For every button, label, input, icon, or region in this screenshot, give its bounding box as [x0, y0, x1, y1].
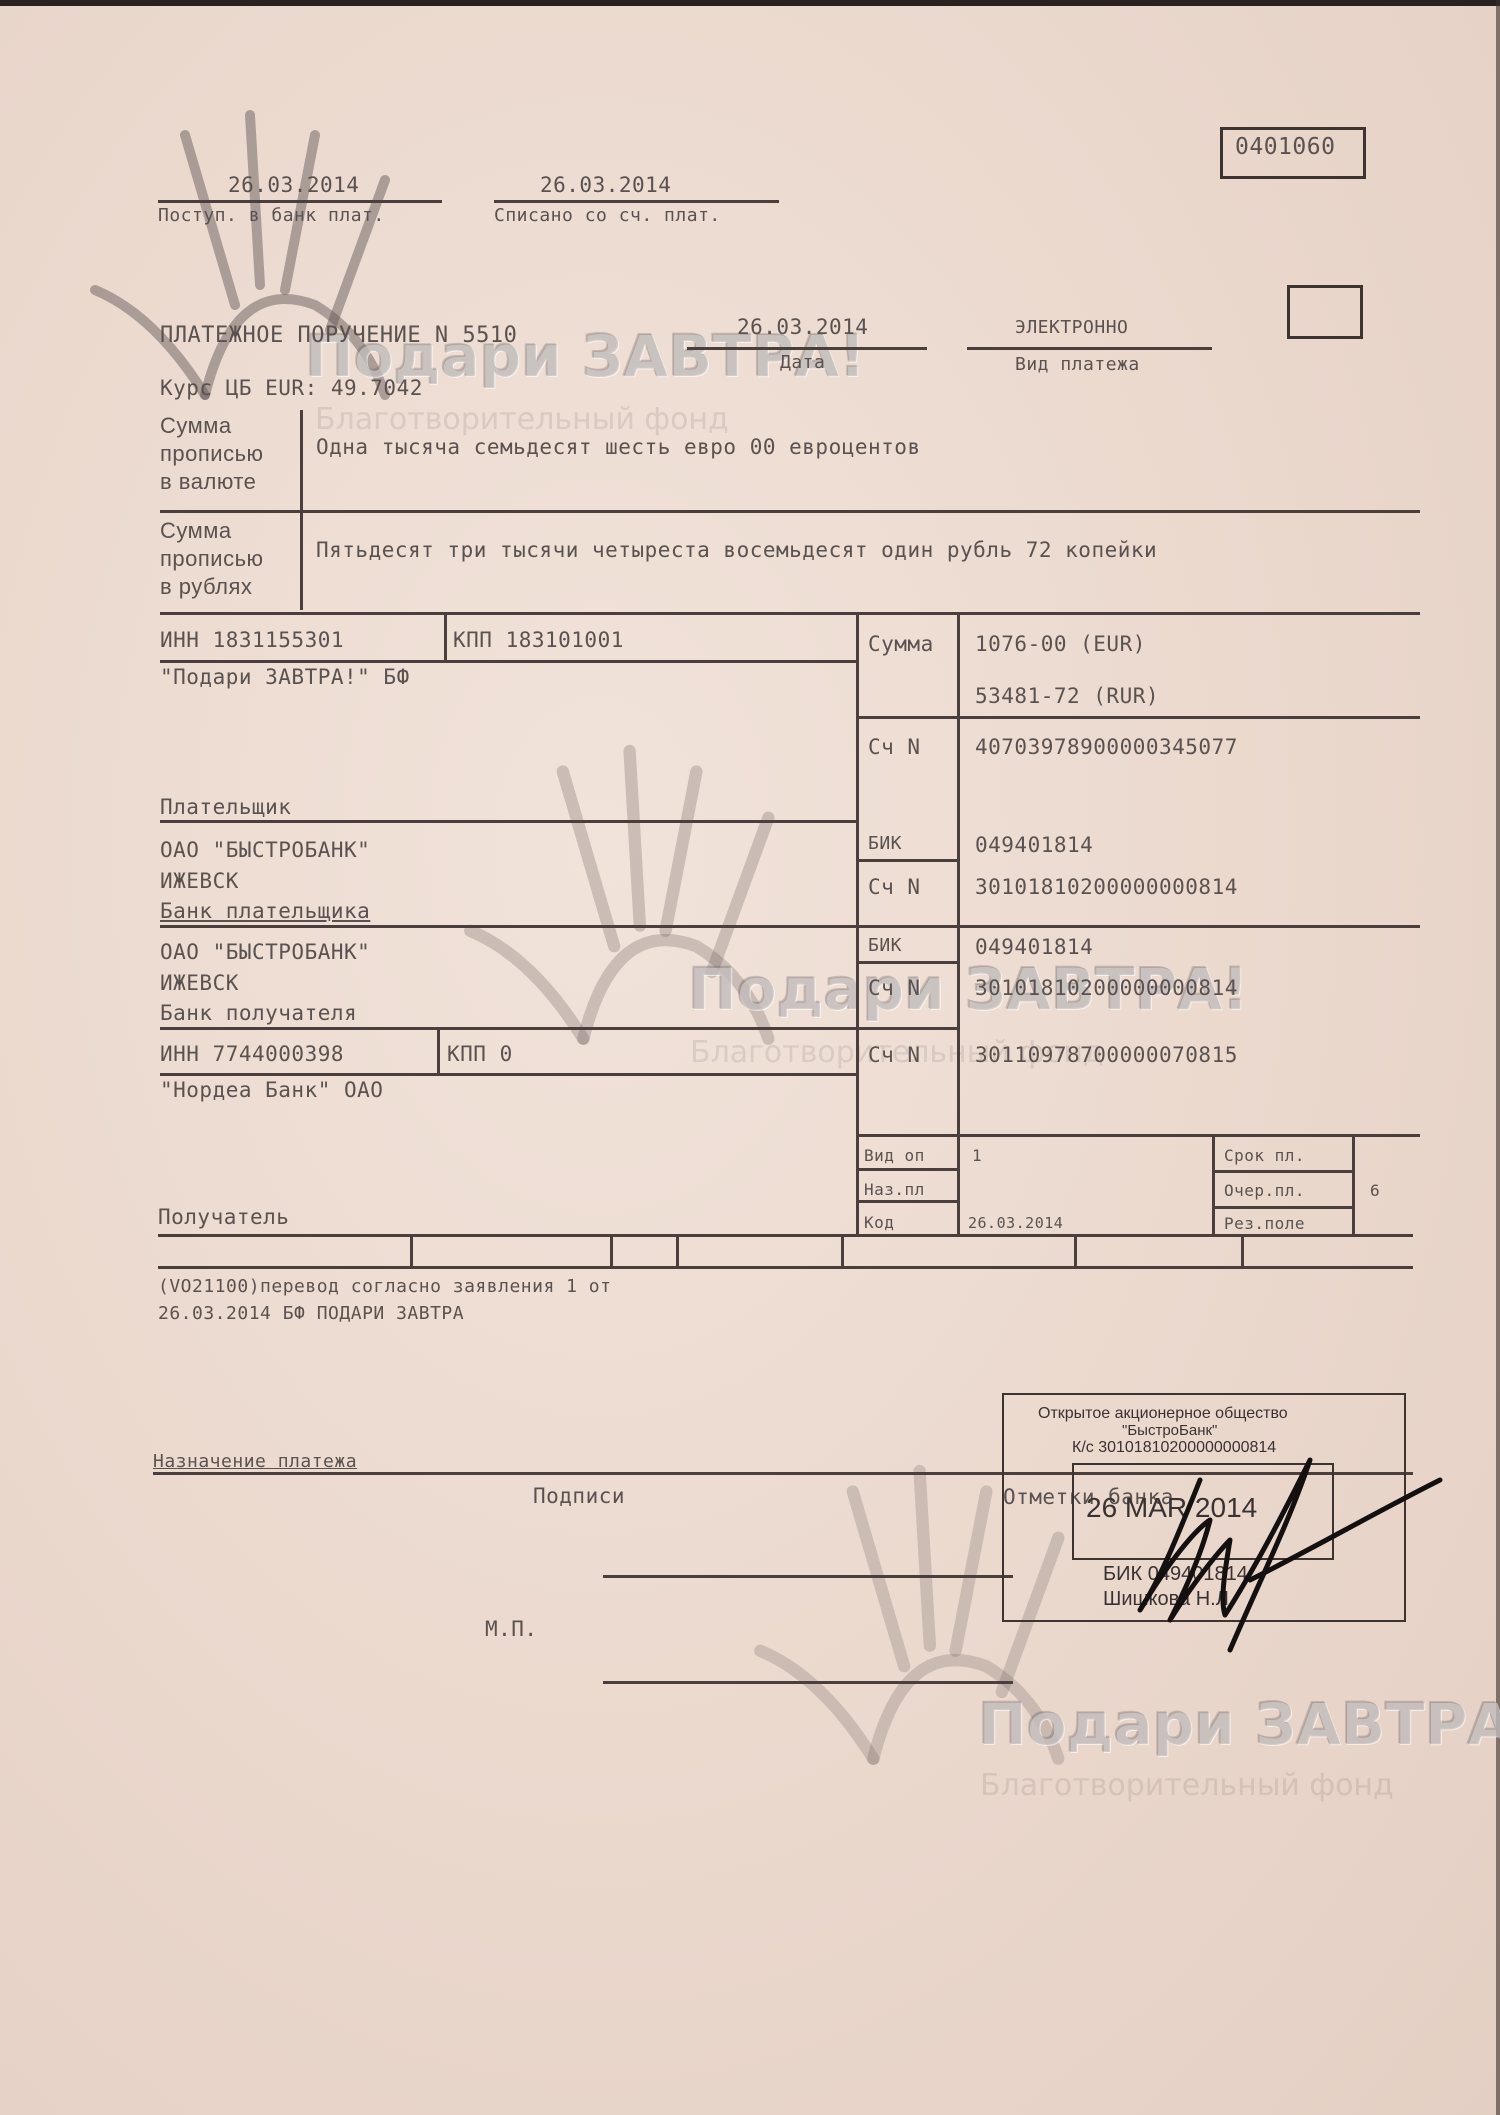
srok-divider-right — [1352, 1134, 1355, 1236]
stamp-line-2: "БыстроБанк" — [1122, 1422, 1217, 1439]
payer-inn-line — [160, 660, 858, 663]
payer-bank-bottom-line — [160, 925, 1420, 928]
tax-cell-divider — [676, 1234, 679, 1267]
words-currency-label-1: Сумма — [160, 413, 232, 439]
ocher-label: Очер.пл. — [1224, 1181, 1305, 1200]
words-rub-label-3: в рублях — [160, 574, 252, 600]
vid-op: 1 — [972, 1146, 982, 1165]
naz-pl-line — [858, 1200, 958, 1203]
op-top-line — [858, 1134, 1420, 1137]
payer-bank-account: 30101810200000000814 — [975, 875, 1238, 899]
srok-line — [1212, 1170, 1354, 1173]
words-row-line — [160, 510, 1420, 513]
payer-kpp: КПП 183101001 — [453, 628, 624, 652]
payer-account: 40703978900000345077 — [975, 735, 1238, 759]
tax-cell-divider — [610, 1234, 613, 1267]
payer-inn: ИНН 1831155301 — [160, 628, 344, 652]
document-date: 26.03.2014 — [737, 315, 868, 339]
stamp-line-1: Открытое акционерное общество — [1038, 1405, 1288, 1423]
payer-bank-bik-line — [858, 859, 958, 862]
payee-bank-bik: 049401814 — [975, 935, 1093, 959]
ocher-value: 6 — [1370, 1181, 1380, 1200]
naz-pl-label: Наз.пл — [864, 1180, 925, 1199]
amount-eur: 1076-00 (EUR) — [975, 632, 1146, 656]
payee-name: "Нордеа Банк" ОАО — [160, 1078, 383, 1102]
signature-line-1 — [603, 1575, 1013, 1578]
tax-cell-divider — [841, 1234, 844, 1267]
payee-bank-account-label: Сч N — [868, 976, 921, 1000]
payer-label: Плательщик — [160, 795, 291, 819]
ocher-line — [1212, 1206, 1354, 1209]
payee-bank-bik-label: БИК — [868, 935, 902, 956]
payer-bank-account-label: Сч N — [868, 875, 921, 899]
payee-account: 30110978700000070815 — [975, 1043, 1238, 1067]
srok-label: Срок пл. — [1224, 1146, 1305, 1165]
payer-bank-label: Банк плательщика — [160, 899, 370, 923]
watermark-subtitle-bottom: Благотворительный фонд — [980, 1768, 1394, 1803]
payer-bank-name: ОАО "БЫСТРОБАНК" — [160, 838, 370, 862]
payer-bottom-line — [160, 820, 858, 823]
payment-type-label: Вид платежа — [1015, 354, 1140, 375]
signature-line-2 — [603, 1681, 1013, 1684]
signature-scribble-icon — [1100, 1440, 1460, 1660]
amount-label: Сумма — [868, 632, 934, 656]
form-code: 0401060 — [1235, 134, 1335, 160]
stamp-place-label: М.П. — [485, 1617, 538, 1641]
purpose-label: Назначение платежа — [153, 1451, 357, 1472]
debited-date: 26.03.2014 — [540, 173, 671, 197]
received-date: 26.03.2014 — [228, 173, 359, 197]
payee-bank-right-line — [858, 1027, 958, 1030]
debited-line — [494, 200, 779, 203]
received-line — [158, 200, 442, 203]
empty-code-box — [1287, 285, 1363, 339]
payer-bank-bik: 049401814 — [975, 833, 1093, 857]
words-rub-label-2: прописью — [160, 546, 264, 572]
purpose-line-1: (VO21100)перевод согласно заявления 1 от — [158, 1276, 611, 1297]
payee-bank-account: 30101810200000000814 — [975, 976, 1238, 1000]
signatures-label: Подписи — [533, 1484, 625, 1508]
amount-rur: 53481-72 (RUR) — [975, 684, 1159, 708]
vid-op-label: Вид оп — [864, 1146, 925, 1165]
payment-order-page: Подари ЗАВТРА! Благотворительный фонд По… — [0, 0, 1500, 2115]
kod-label: Код — [864, 1213, 894, 1232]
tax-row-top — [158, 1234, 1413, 1237]
payer-bank-bik-label: БИК — [868, 833, 902, 854]
payee-label: Получатель — [158, 1205, 289, 1229]
payee-kpp: КПП 0 — [447, 1042, 513, 1066]
date-label: Дата — [780, 352, 825, 373]
watermark-brand-bottom: Подари ЗАВТРА! — [978, 1690, 1500, 1758]
words-currency-label-3: в валюте — [160, 469, 256, 495]
tax-cell-divider — [1241, 1234, 1244, 1267]
tax-cell-divider — [410, 1234, 413, 1267]
payer-account-label: Сч N — [868, 735, 921, 759]
photo-edge-right — [1496, 0, 1500, 2115]
words-bottom-line — [160, 612, 1420, 615]
document-title: ПЛАТЕЖНОЕ ПОРУЧЕНИЕ N 5510 — [160, 323, 517, 348]
kod-value: 26.03.2014 — [968, 1214, 1063, 1232]
photo-edge-top — [0, 0, 1500, 6]
words-currency-label-2: прописью — [160, 441, 264, 467]
payee-bank-bik-line — [858, 961, 958, 964]
payer-name: "Подари ЗАВТРА!" БФ — [160, 665, 410, 689]
watermark-subtitle-top: Благотворительный фонд — [315, 402, 729, 437]
payee-bank-label: Банк получателя — [160, 1001, 357, 1025]
srok-divider-left — [1212, 1134, 1215, 1236]
payee-inn: ИНН 7744000398 — [160, 1042, 344, 1066]
rez-label: Рез.поле — [1224, 1214, 1305, 1233]
purpose-line-2: 26.03.2014 БФ ПОДАРИ ЗАВТРА — [158, 1303, 464, 1324]
amount-bottom-line — [858, 716, 1420, 719]
tax-row-bottom — [158, 1266, 1413, 1269]
tax-cell-divider — [1074, 1234, 1077, 1267]
payee-inn-line — [160, 1073, 858, 1076]
payee-account-label: Сч N — [868, 1043, 921, 1067]
payee-inn-divider — [437, 1030, 440, 1074]
date-line — [687, 347, 927, 350]
exchange-rate: Курс ЦБ EUR: 49.7042 — [160, 376, 423, 400]
payer-bank-city: ИЖЕВСК — [160, 869, 239, 893]
payment-type: ЭЛЕКТРОННО — [1015, 317, 1128, 338]
payee-bank-bottom-line — [160, 1027, 858, 1030]
vid-op-line — [858, 1168, 958, 1171]
received-label: Поступ. в банк плат. — [158, 205, 385, 226]
payee-bank-name: ОАО "БЫСТРОБАНК" — [160, 940, 370, 964]
amount-words-currency: Одна тысяча семьдесят шесть евро 00 евро… — [316, 435, 921, 459]
words-rub-label-1: Сумма — [160, 518, 232, 544]
payee-bank-city: ИЖЕВСК — [160, 971, 239, 995]
payment-type-line — [967, 347, 1212, 350]
debited-label: Списано со сч. плат. — [494, 205, 721, 226]
amount-words-rub: Пятьдесят три тысячи четыреста восемьдес… — [316, 538, 1157, 562]
payer-inn-divider — [444, 615, 447, 660]
